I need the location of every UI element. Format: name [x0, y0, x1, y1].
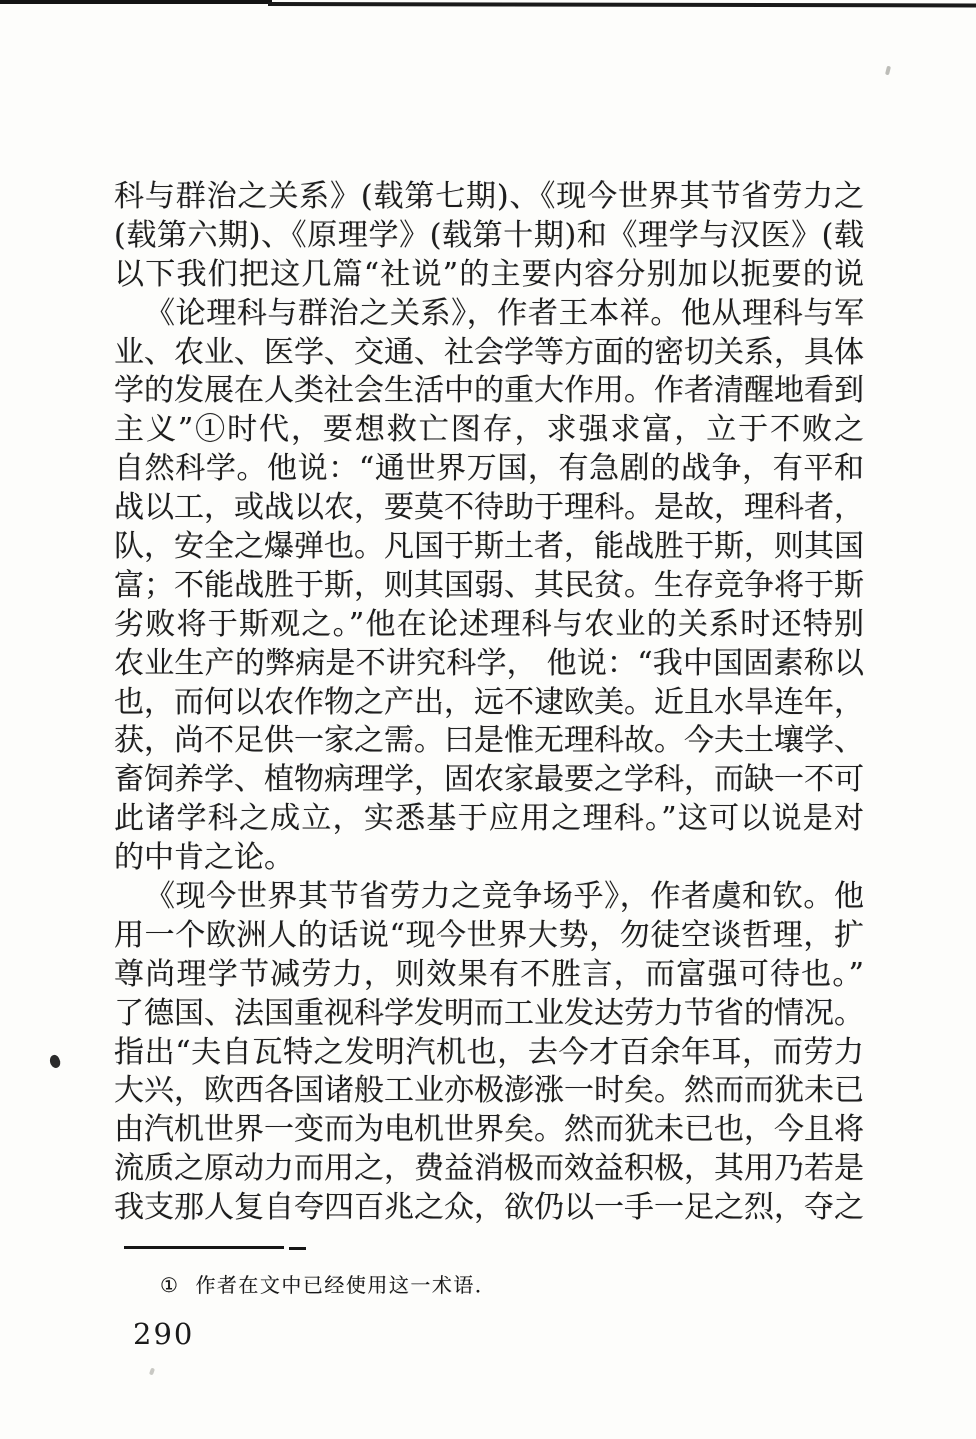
text-line: 科与群治之关系》(载第七期)、《现今世界其节省劳力之竞争场乎》	[114, 178, 864, 217]
text-line: 队，安全之爆弹也。凡国于斯土者，能战胜于斯，则其国强、其民	[114, 528, 864, 567]
text-line: 尊尚理学节减劳力，则效果有不胜言，而富强可待也。”接着他介绍	[114, 956, 864, 995]
footnote-separator-dash	[289, 1247, 306, 1250]
scan-edge-artifact	[268, 2, 976, 7]
text-line: 农业生产的弊病是不讲究科学， 他说：“我中国固素称以农立国者	[114, 645, 864, 684]
text-line: 以下我们把这几篇“社说”的主要内容分别加以扼要的说明。	[114, 256, 864, 295]
text-line: 我支那人复自夸四百兆之众，欲仍以一手一足之烈，夺之于神区鬼	[114, 1189, 864, 1228]
text-line: 业、农业、医学、交通、社会学等方面的密切关系，具体说明自然科	[114, 334, 864, 373]
text-line: 富；不能战胜于斯，则其国弱、其民贫。生存竞争将于斯卜之，优胜	[114, 567, 864, 606]
text-line: 流质之原动力而用之，费益消极而效益积极，其用乃若是神欤。而	[114, 1150, 864, 1189]
text-line: 主义”①时代，要想救亡图存，求强求富，立于不败之地，必须发展	[114, 411, 864, 450]
text-line: 获，尚不足供一家之需。曰是惟无理科故。今夫土壤学、肥料学、家	[114, 722, 864, 761]
text-line: 指出“夫自瓦特之发明汽机也，去今才百余年耳，而劳力之节减法	[114, 1034, 864, 1073]
text-line: 学的发展在人类社会生活中的重大作用。作者清醒地看到在“帝国	[114, 372, 864, 411]
text-line: 自然科学。他说：“通世界万国，有急剧的战争，有平和的战争，或	[114, 450, 864, 489]
text-line: 的中肯之论。	[114, 839, 864, 878]
footnote: ①作者在文中已经使用这一术语．	[160, 1271, 496, 1299]
footnote-separator	[124, 1246, 284, 1249]
text-line: 《论理科与群治之关系》，作者王本祥。他从理科与军事、工	[114, 295, 864, 334]
page-number: 290	[133, 1317, 194, 1351]
footnote-marker: ①	[160, 1273, 179, 1297]
page-text-block: 科与群治之关系》(载第七期)、《现今世界其节省劳力之竞争场乎》 (载第六期)、《…	[114, 178, 864, 1228]
text-line: 也，而何以农作物之产出，远不逮欧美。近且水旱连年，一夫之所	[114, 684, 864, 723]
text-line: 畜饲养学、植物病理学，固农家最要之学科，而缺一不可者也。而	[114, 761, 864, 800]
ink-speck	[149, 1368, 155, 1376]
text-line: 用一个欧洲人的话说“现今世界大势，勿徒空谈哲理，扩张政权，唯	[114, 917, 864, 956]
text-line: (载第六期)、《原理学》(载第十期)和《理学与汉医》(载第八期)。	[114, 217, 864, 256]
text-line: 《现今世界其节省劳力之竞争场乎》，作者虞和钦。他首先引	[114, 878, 864, 917]
text-line: 战以工，或战以农，要莫不待助于理科。是故，理科者，实无形之军	[114, 489, 864, 528]
scan-edge-artifact	[0, 0, 272, 4]
ink-dot	[48, 1053, 63, 1069]
text-line: 了德国、法国重视科学发明而工业发达劳力节省的情况。最后，他	[114, 995, 864, 1034]
text-line: 由汽机世界一变而为电机世界矣。然而犹未已也，今且将取空气、	[114, 1111, 864, 1150]
ink-speck	[885, 66, 891, 76]
text-line: 劣败将于斯观之。”他在论述理科与农业的关系时还特别指出我国	[114, 606, 864, 645]
scanned-book-page: 科与群治之关系》(载第七期)、《现今世界其节省劳力之竞争场乎》 (载第六期)、《…	[0, 0, 976, 1439]
footnote-text: 作者在文中已经使用这一术语．	[195, 1273, 496, 1297]
text-line: 大兴，欧西各国诸般工业亦极澎涨一时矣。然而而犹未已也，今且	[114, 1072, 864, 1111]
text-line: 此诸学科之成立，实悉基于应用之理科。”这可以说是对我国农业	[114, 800, 864, 839]
